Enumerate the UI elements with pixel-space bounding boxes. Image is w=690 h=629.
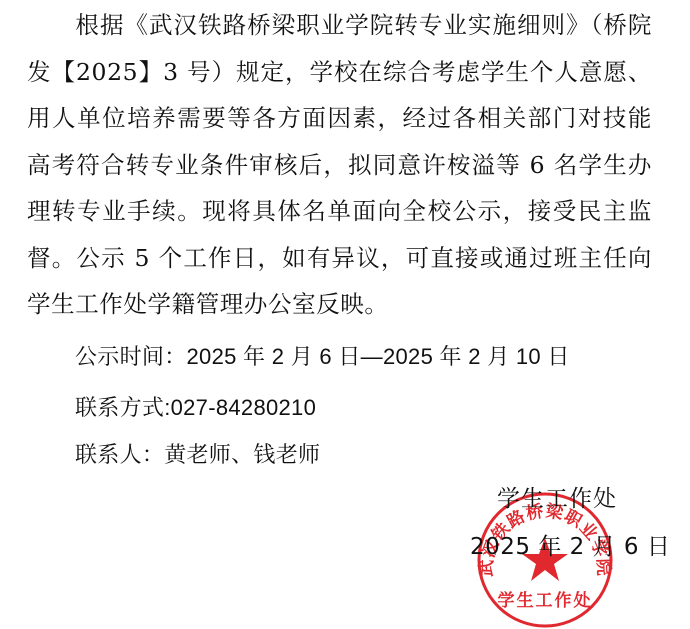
signature-department: 学生工作处: [497, 480, 617, 513]
publicity-period: 公示时间：2025 年 2 月 6 日—2025 年 2 月 10 日: [75, 340, 570, 371]
contact-person: 联系人：黄老师、钱老师: [75, 438, 320, 469]
signature-date: 2025 年 2 月 6 日: [470, 528, 670, 561]
stamp-inner-text: 学生工作处: [498, 590, 593, 611]
notice-body: 根据《武汉铁路桥梁职业学院转专业实施细则》（桥院发【2025】3 号）规定，学校…: [27, 2, 652, 328]
notice-body-text: 根据《武汉铁路桥梁职业学院转专业实施细则》（桥院发【2025】3 号）规定，学校…: [27, 11, 652, 318]
contact-phone: 联系方式:027-84280210: [75, 391, 316, 422]
